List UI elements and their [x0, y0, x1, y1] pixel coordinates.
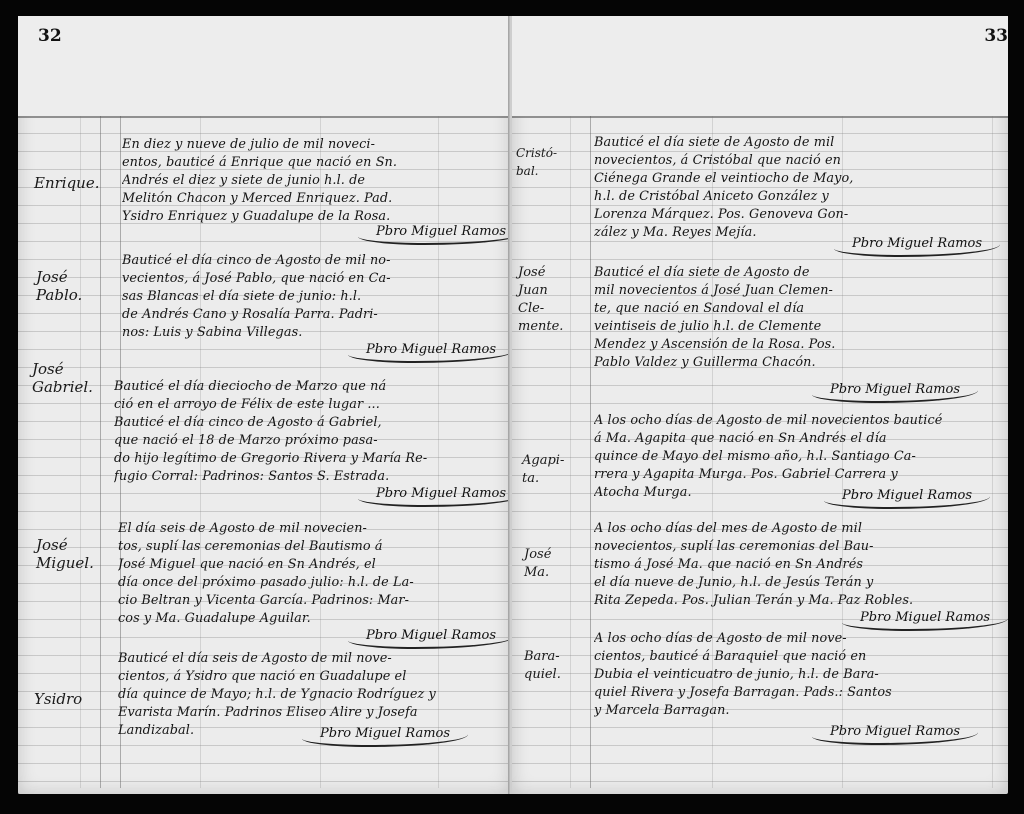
page-number: 32 — [38, 26, 62, 46]
entry-line: á Ma. Agapita que nació en Sn Andrés el … — [594, 430, 994, 448]
entry-line: mil novecientos á José Juan Clemen- — [594, 282, 994, 300]
priest-signature: Pbro Miguel Ramos — [812, 382, 978, 403]
entry-line: Pablo Valdez y Guillerma Chacón. — [594, 354, 994, 372]
entry-line: novecientos, á Cristóbal que nació en — [594, 152, 994, 170]
entry-line: cos y Ma. Guadalupe Aguilar. — [118, 610, 504, 628]
entry-line: fugio Corral: Padrinos: Santos S. Estrad… — [114, 468, 504, 486]
entry-line: novecientos, suplí las ceremonias del Ba… — [594, 538, 994, 556]
entry-line: ció en el arroyo de Félix de este lugar … — [114, 396, 504, 414]
priest-signature: Pbro Miguel Ramos — [302, 726, 468, 747]
entry-text: A los ocho días de Agosto de mil nove- c… — [594, 630, 994, 720]
entry-line: Melitón Chacon y Merced Enriquez. Pad. — [122, 190, 502, 208]
entry-line: Rita Zepeda. Pos. Julian Terán y Ma. Paz… — [594, 592, 994, 610]
entry-line: el día nueve de Junio, h.l. de Jesús Ter… — [594, 574, 994, 592]
entry-text: Bauticé el día cinco de Agosto de mil no… — [122, 252, 502, 342]
entry-line: rrera y Agapita Murga. Pos. Gabriel Carr… — [594, 466, 994, 484]
entry-line: Bauticé el día siete de Agosto de — [594, 264, 994, 282]
entry-line: de Andrés Cano y Rosalía Parra. Padri- — [122, 306, 502, 324]
priest-signature: Pbro Miguel Ramos — [348, 628, 514, 649]
entry-line: Mendez y Ascensión de la Rosa. Pos. — [594, 336, 994, 354]
entry-line: Dubia el veinticuatro de junio, h.l. de … — [594, 666, 994, 684]
entry-line: A los ocho días del mes de Agosto de mil — [594, 520, 994, 538]
entry-text: En diez y nueve de julio de mil noveci- … — [122, 136, 502, 226]
margin-rule — [590, 116, 591, 788]
entry-line: que nació el 18 de Marzo próximo pasa- — [114, 432, 504, 450]
header-rule — [512, 116, 1008, 118]
entry-line: Lorenza Márquez. Pos. Genoveva Gon- — [594, 206, 994, 224]
entry-line: En diez y nueve de julio de mil noveci- — [122, 136, 502, 154]
entry-margin-name: José Juan Cle- mente. — [518, 264, 563, 336]
priest-signature: Pbro Miguel Ramos — [842, 610, 1008, 631]
entry-margin-name: Enrique. — [34, 174, 100, 192]
priest-signature: Pbro Miguel Ramos — [348, 342, 514, 363]
priest-signature: Pbro Miguel Ramos — [358, 224, 524, 245]
entry-line: día quince de Mayo; h.l. de Ygnacio Rodr… — [118, 686, 504, 704]
page-header-band — [18, 16, 510, 116]
entry-line: Evarista Marín. Padrinos Eliseo Alire y … — [118, 704, 504, 722]
entry-text: Bauticé el día dieciocho de Marzo que ná… — [114, 378, 504, 486]
entry-line: A los ocho días de Agosto de mil novecie… — [594, 412, 994, 430]
entry-line: Bauticé el día siete de Agosto de mil — [594, 134, 994, 152]
entry-line: quince de Mayo del mismo año, h.l. Santi… — [594, 448, 994, 466]
entry-line: te, que nació en Sandoval el día — [594, 300, 994, 318]
entry-margin-name: José Pablo. — [36, 268, 82, 304]
entry-line: vecientos, á José Pablo, que nació en Ca… — [122, 270, 502, 288]
entry-line: entos, bauticé á Enrique que nació en Sn… — [122, 154, 502, 172]
entry-line: sas Blancas el día siete de junio: h.l. — [122, 288, 502, 306]
ledger-page-right: 33 Cristó- bal. Bauticé el día siete de … — [512, 16, 1008, 794]
page-header-band — [512, 16, 1008, 116]
entry-line: A los ocho días de Agosto de mil nove- — [594, 630, 994, 648]
entry-margin-name: José Gabriel. — [32, 360, 93, 396]
entry-line: do hijo legítimo de Gregorio Rivera y Ma… — [114, 450, 504, 468]
entry-line: tos, suplí las ceremonias del Bautismo á — [118, 538, 504, 556]
entry-margin-name: José Miguel. — [36, 536, 94, 572]
entry-line: Bauticé el día dieciocho de Marzo que ná — [114, 378, 504, 396]
entry-line: Bauticé el día cinco de Agosto á Gabriel… — [114, 414, 504, 432]
entry-line: veintiseis de julio h.l. de Clemente — [594, 318, 994, 336]
entry-line: h.l. de Cristóbal Aniceto González y — [594, 188, 994, 206]
ledger-page-left: 32 Enrique. En diez y nueve de julio de … — [18, 16, 510, 794]
entry-line: cientos, á Ysidro que nació en Guadalupe… — [118, 668, 504, 686]
priest-signature: Pbro Miguel Ramos — [824, 488, 990, 509]
entry-line: cientos, bauticé á Baraquiel que nació e… — [594, 648, 994, 666]
entry-margin-name: José Ma. — [524, 546, 551, 582]
priest-signature: Pbro Miguel Ramos — [358, 486, 524, 507]
entry-line: Bauticé el día seis de Agosto de mil nov… — [118, 650, 504, 668]
entry-line: quiel Rivera y Josefa Barragan. Pads.: S… — [594, 684, 994, 702]
priest-signature: Pbro Miguel Ramos — [834, 236, 1000, 257]
entry-line: cio Beltran y Vicenta García. Padrinos: … — [118, 592, 504, 610]
entry-line: José Miguel que nació en Sn Andrés, el — [118, 556, 504, 574]
entry-line: tismo á José Ma. que nació en Sn Andrés — [594, 556, 994, 574]
entry-line: Andrés el diez y siete de junio h.l. de — [122, 172, 502, 190]
entry-line: El día seis de Agosto de mil novecien- — [118, 520, 504, 538]
entry-line: y Marcela Barragan. — [594, 702, 994, 720]
page-number: 33 — [984, 26, 1008, 46]
margin-rule — [100, 116, 101, 788]
entry-text: A los ocho días del mes de Agosto de mil… — [594, 520, 994, 610]
margin-rule — [570, 116, 571, 788]
priest-signature: Pbro Miguel Ramos — [812, 724, 978, 745]
header-rule — [18, 116, 510, 118]
entry-margin-name: Ysidro — [34, 690, 82, 708]
entry-margin-name: Bara- quiel. — [524, 648, 561, 684]
entry-text: Bauticé el día siete de Agosto de mil no… — [594, 264, 994, 372]
entry-line: día once del próximo pasado julio: h.l. … — [118, 574, 504, 592]
entry-line: Ciénega Grande el veintiocho de Mayo, — [594, 170, 994, 188]
entry-text: Bauticé el día siete de Agosto de mil no… — [594, 134, 994, 242]
entry-margin-name: Cristó- bal. — [516, 144, 557, 180]
entry-line: Bauticé el día cinco de Agosto de mil no… — [122, 252, 502, 270]
margin-rule — [80, 116, 81, 788]
entry-line: nos: Luis y Sabina Villegas. — [122, 324, 502, 342]
entry-margin-name: Agapi- ta. — [522, 452, 564, 488]
entry-text: El día seis de Agosto de mil novecien- t… — [118, 520, 504, 628]
